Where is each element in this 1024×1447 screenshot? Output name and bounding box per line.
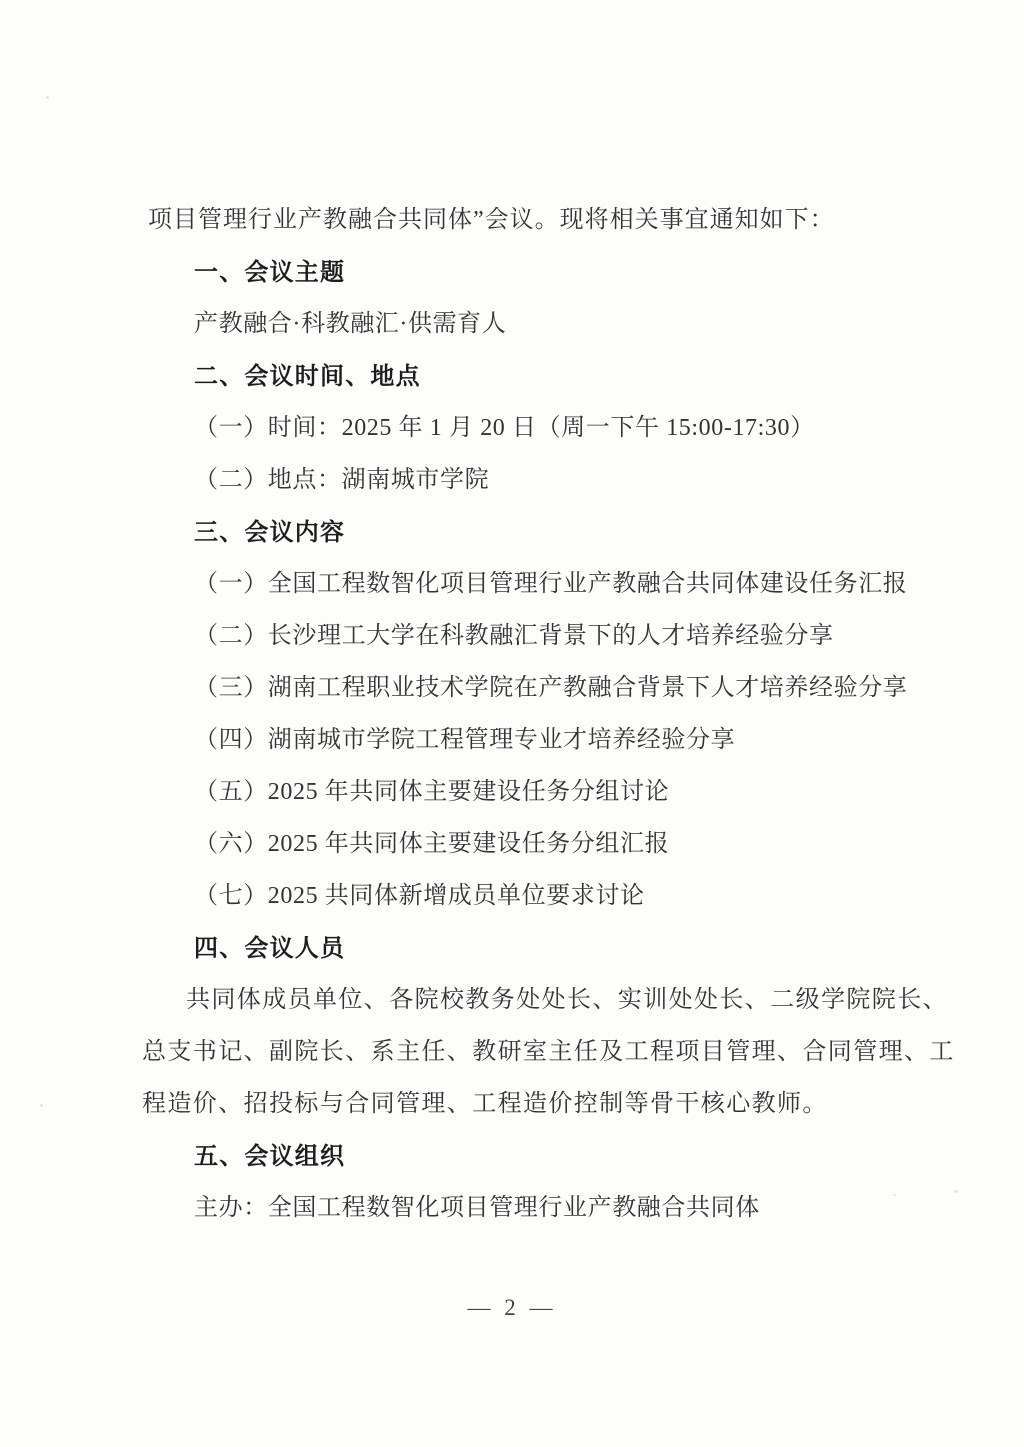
meeting-place-line: （二）地点：湖南城市学院 [148, 454, 896, 506]
section-heading-agenda: 三、会议内容 [148, 506, 896, 558]
agenda-item-5: （五）2025 年共同体主要建设任务分组讨论 [148, 766, 896, 818]
agenda-item-3: （三）湖南工程职业技术学院在产教融合背景下人才培养经验分享 [148, 662, 896, 714]
agenda-item-6: （六）2025 年共同体主要建设任务分组汇报 [148, 818, 896, 870]
agenda-item-1: （一）全国工程数智化项目管理行业产教融合共同体建设任务汇报 [148, 558, 896, 610]
section-heading-organization: 五、会议组织 [148, 1130, 896, 1182]
scan-speck [893, 1194, 896, 1196]
attendees-paragraph-line-1: 共同体成员单位、各院校教务处处长、实训处处长、二级学院院长、 [148, 974, 896, 1026]
intro-continuation-line: 项目管理行业产教融合共同体”会议。现将相关事宜通知如下： [148, 194, 896, 246]
agenda-item-4: （四）湖南城市学院工程管理专业才培养经验分享 [148, 714, 896, 766]
scan-speck [954, 1190, 958, 1193]
organizer-line: 主办：全国工程数智化项目管理行业产教融合共同体 [148, 1182, 896, 1234]
document-body: 项目管理行业产教融合共同体”会议。现将相关事宜通知如下： 一、会议主题 产教融合… [148, 194, 896, 1234]
attendees-paragraph-line-3: 程造价、招投标与合同管理、工程造价控制等骨干核心教师。 [142, 1078, 896, 1130]
attendees-paragraph-line-2: 总支书记、副院长、系主任、教研室主任及工程项目管理、合同管理、工 [142, 1026, 896, 1078]
agenda-item-7: （七）2025 共同体新增成员单位要求讨论 [148, 870, 896, 922]
section-heading-meeting-theme: 一、会议主题 [148, 246, 896, 298]
scan-speck [46, 96, 49, 99]
section-heading-time-place: 二、会议时间、地点 [148, 350, 896, 402]
meeting-theme-text: 产教融合·科教融汇·供需育人 [148, 298, 896, 350]
agenda-item-2: （二）长沙理工大学在科教融汇背景下的人才培养经验分享 [148, 610, 896, 662]
scan-speck [40, 1104, 43, 1107]
meeting-time-line: （一）时间：2025 年 1 月 20 日（周一下午 15:00-17:30） [148, 402, 896, 454]
page-number: — 2 — [0, 1282, 1024, 1334]
section-heading-attendees: 四、会议人员 [148, 922, 896, 974]
scanned-document-page: 项目管理行业产教融合共同体”会议。现将相关事宜通知如下： 一、会议主题 产教融合… [0, 0, 1024, 1447]
